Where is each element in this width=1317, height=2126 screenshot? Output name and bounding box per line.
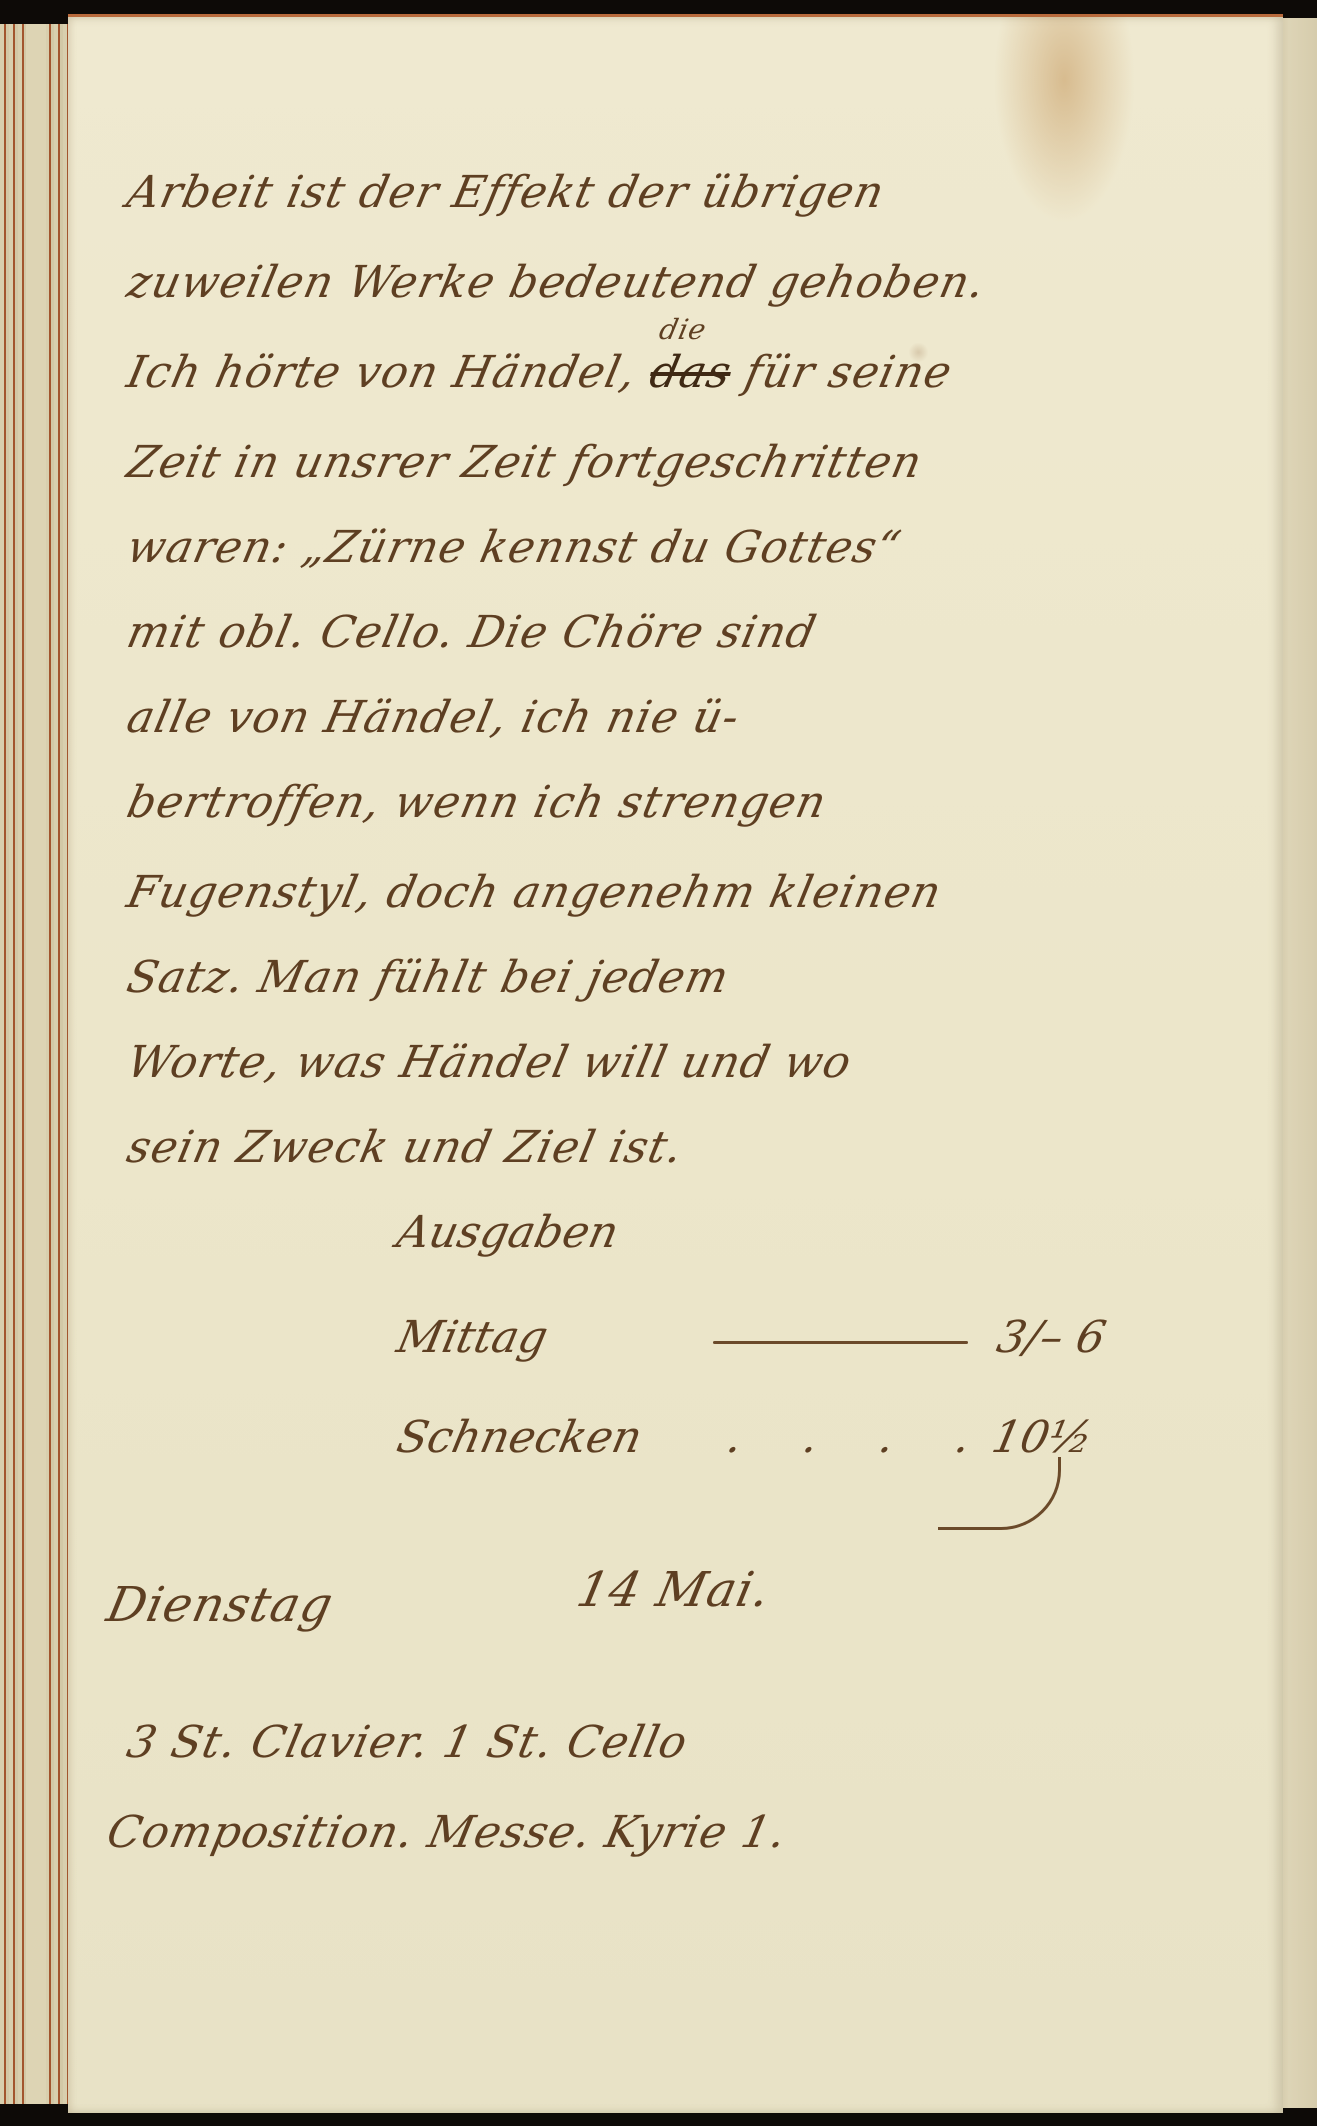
account-item: Mittag [393,1312,553,1363]
text-line-6: mit obl. Cello. Die Chöre sind [123,607,822,658]
text-line-8: bertroffen, wenn ich strengen [123,777,832,828]
text-line-4: Zeit in unsrer Zeit fortgeschritten [123,437,927,488]
manuscript-book: Arbeit ist der Effekt der übrigen zuweil… [0,14,1317,2112]
text-line-10: Satz. Man fühlt bei jedem [123,952,734,1003]
total-flourish [938,1457,1061,1530]
account-amount: 3/– 6 [993,1312,1111,1363]
text-line-12: sein Zweck und Ziel ist. [123,1122,688,1173]
text-line-7: alle von Händel, ich nie ü- [123,692,745,743]
page-edges-stack [0,24,70,2104]
text-line-11: Worte, was Händel will und wo [123,1037,857,1088]
text-line-3-before: Ich hörte von Händel, [123,347,657,398]
struck-word: das [645,347,736,398]
account-item: Schnecken [393,1412,647,1463]
inserted-word: die [656,313,709,346]
entry-weekday: Dienstag [102,1577,338,1633]
text-line-3: Ich hörte von Händel, dasdie für seine [123,347,957,398]
correction: dasdie [645,347,736,398]
entry-line-1: 3 St. Clavier. 1 St. Cello [123,1717,693,1768]
text-line-9: Fugenstyl, doch angenehm kleinen [123,867,947,918]
leader-rule [713,1341,968,1344]
accounts-heading: Ausgaben [393,1207,623,1258]
entry-date: 14 Mai. [572,1562,776,1618]
entry-line-2: Composition. Messe. Kyrie 1. [103,1807,792,1858]
text-line-3-after: für seine [725,347,957,398]
account-amount: 10½ [988,1412,1097,1463]
handwriting: Arbeit ist der Effekt der übrigen zuweil… [68,17,1283,2113]
text-line-5: waren: „Zürne kennst du Gottes“ [123,522,906,573]
text-line-2: zuweilen Werke bedeutend gehoben. [123,257,990,308]
manuscript-page: Arbeit ist der Effekt der übrigen zuweil… [68,14,1283,2113]
text-line-1: Arbeit ist der Effekt der übrigen [123,167,890,218]
leader-dots: . . . . [723,1412,1000,1463]
